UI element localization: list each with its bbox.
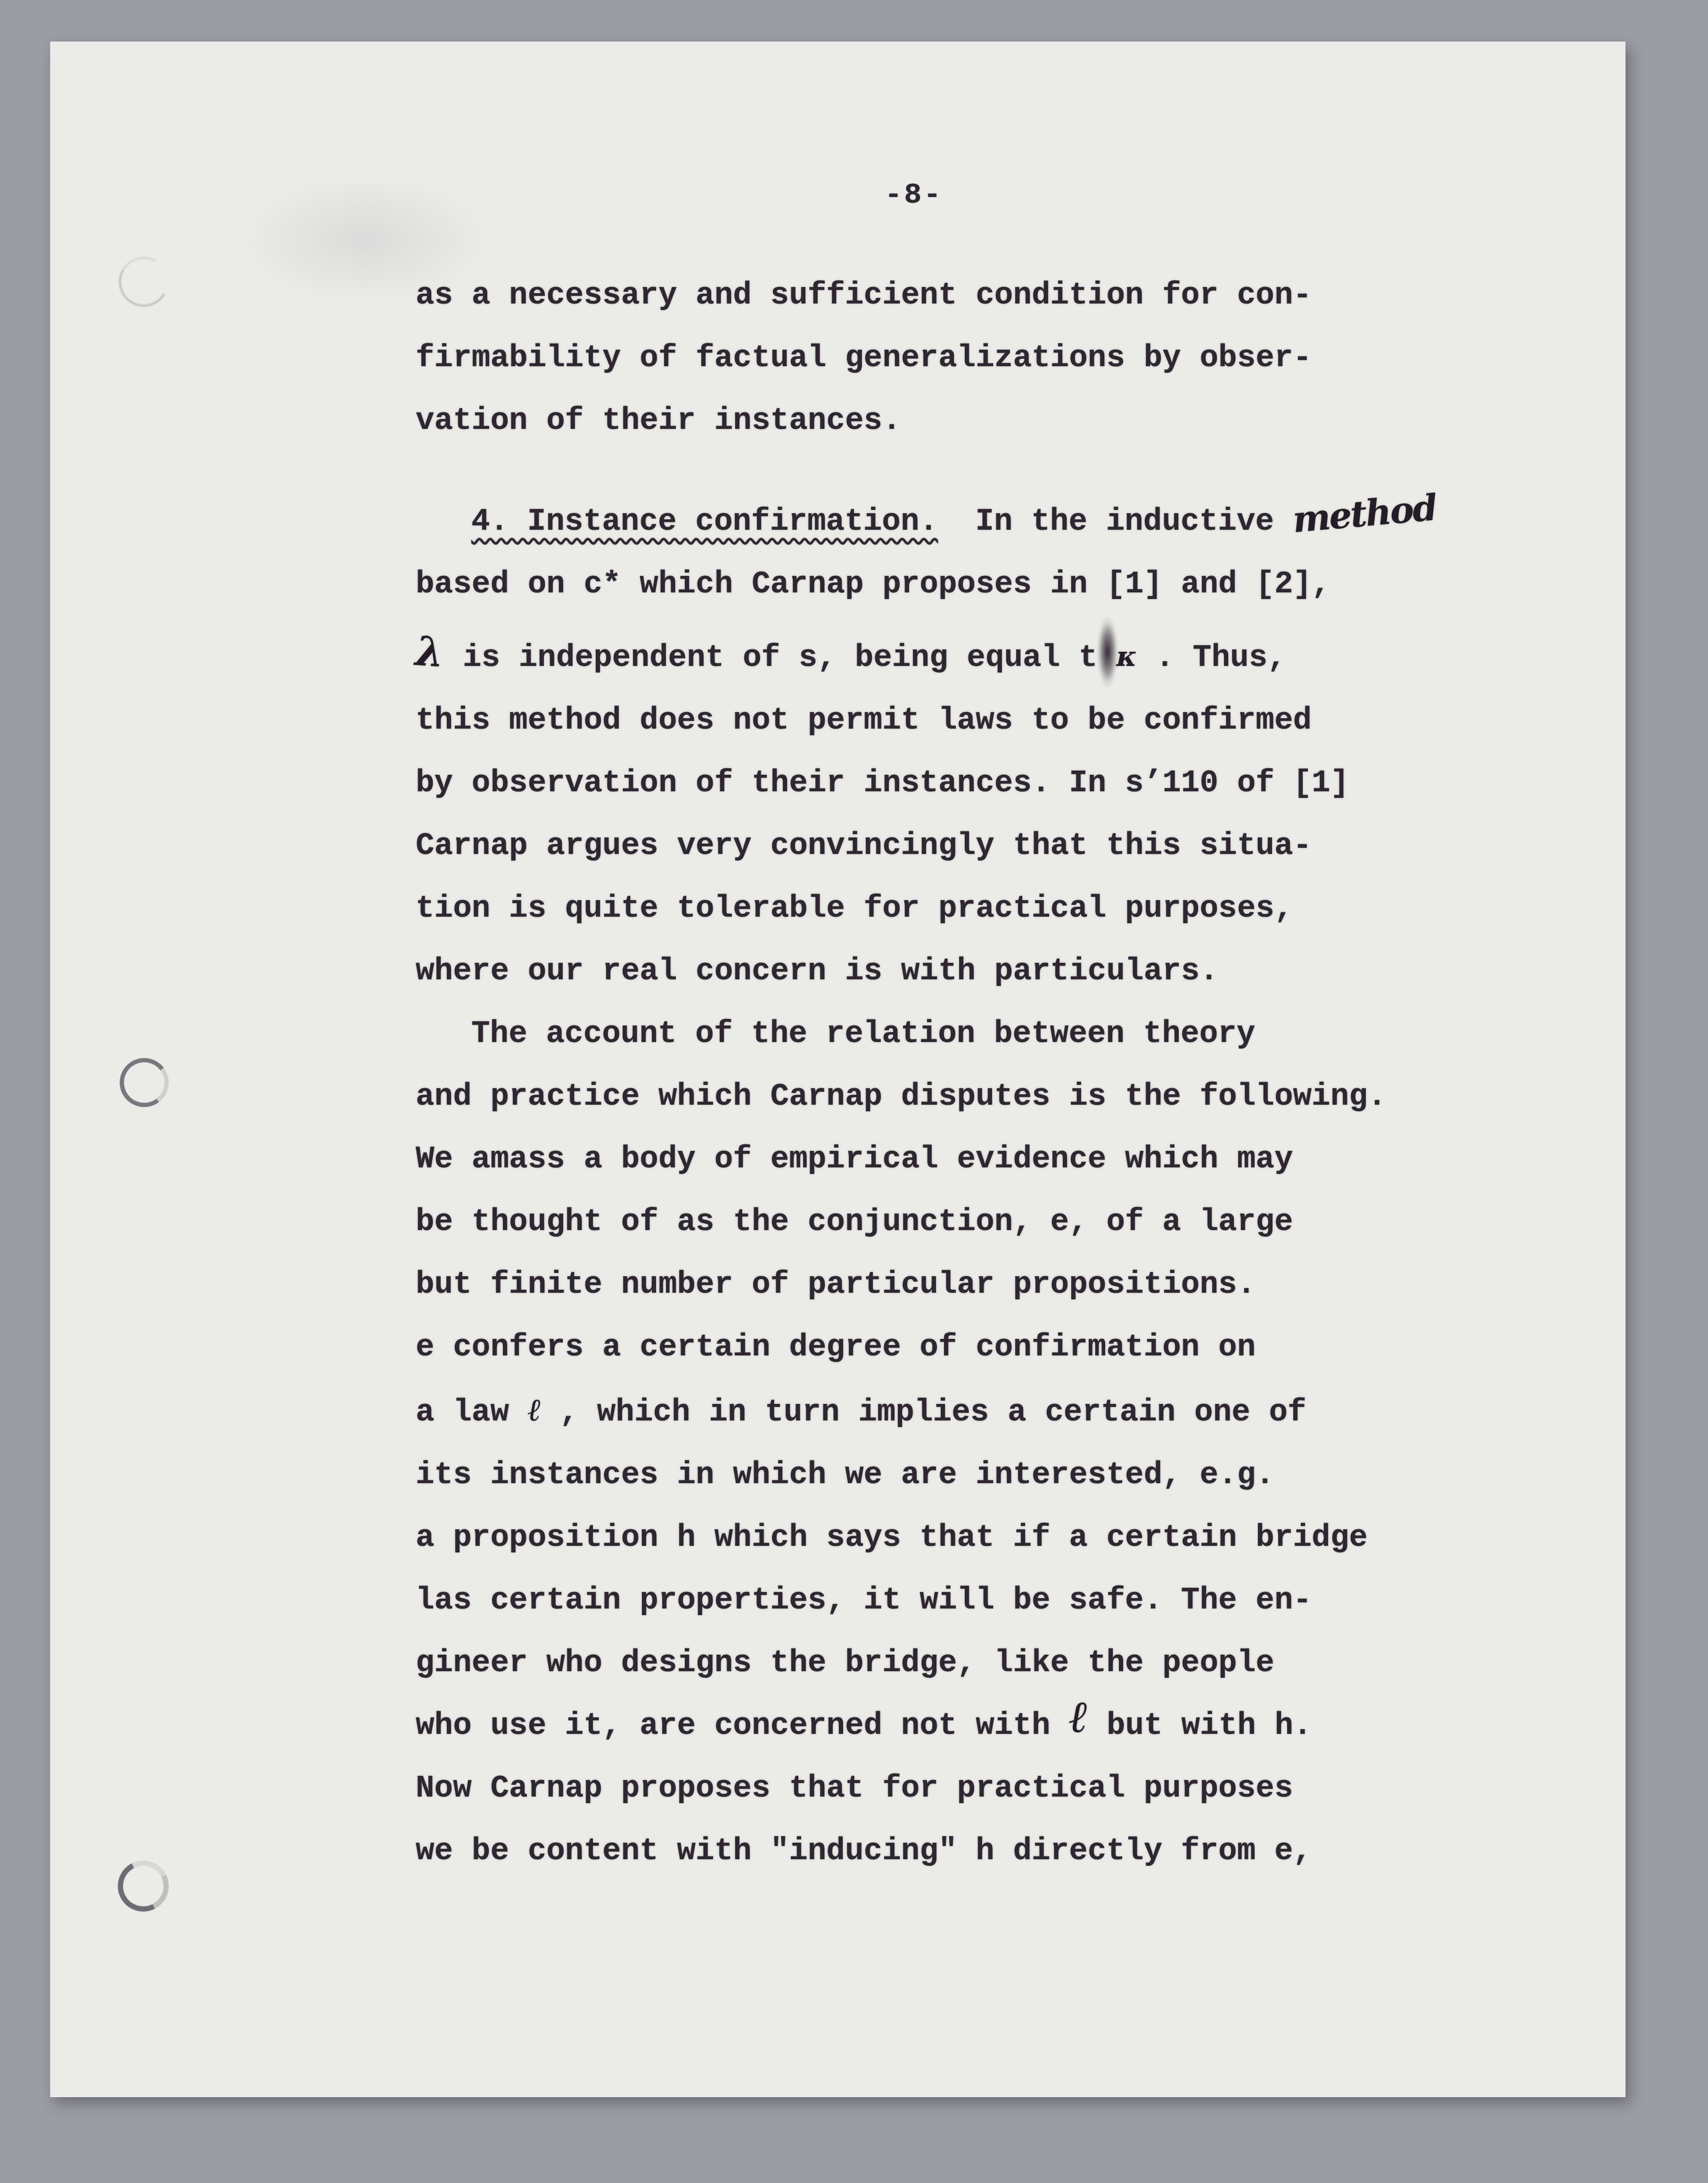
- handwritten-text: method: [1290, 476, 1438, 551]
- scan-background: -8- as a necessary and sufficient condit…: [0, 0, 1708, 2183]
- text-line: and practice which Carnap disputes is th…: [416, 1065, 1500, 1128]
- text-line: The account of the relation between theo…: [416, 1002, 1500, 1065]
- text-line: λ is independent of s, being equal tκ . …: [416, 616, 1500, 689]
- text-line: vation of their instances.: [416, 389, 1500, 452]
- handwritten-text: κ: [1117, 640, 1137, 673]
- typed-text: firmability of factual generalizations b…: [416, 340, 1312, 376]
- text-line: gineer who designs the bridge, like the …: [416, 1632, 1500, 1694]
- typed-text: be thought of as the conjunction, e, of …: [416, 1204, 1293, 1239]
- page-number: -8-: [885, 178, 943, 212]
- typed-text: but with h.: [1088, 1708, 1312, 1743]
- typed-text: as a necessary and sufficient condition …: [416, 278, 1312, 313]
- text-line: be thought of as the conjunction, e, of …: [416, 1190, 1500, 1253]
- typed-text: this method does not permit laws to be c…: [416, 703, 1312, 738]
- handwritten-text: λ: [416, 651, 444, 653]
- typed-text: In the inductive: [938, 504, 1293, 539]
- text-line: Now Carnap proposes that for practical p…: [416, 1757, 1500, 1820]
- typed-text: is independent of s, being equal t: [444, 640, 1097, 675]
- punch-hole-top: [113, 251, 174, 312]
- text-line: e confers a certain degree of confirmati…: [416, 1316, 1500, 1379]
- underlined-heading: 4. Instance confirmation.: [471, 504, 938, 539]
- typed-text: by observation of their instances. In s’…: [416, 765, 1349, 801]
- typed-text: las certain properties, it will be safe.…: [416, 1583, 1312, 1618]
- text-line: its instances in which we are interested…: [416, 1444, 1500, 1506]
- handwritten-text: ℓ: [528, 1391, 541, 1428]
- typed-text: We amass a body of empirical evidence wh…: [416, 1141, 1293, 1177]
- typed-text: Carnap argues very convincingly that thi…: [416, 828, 1312, 863]
- text-line: Carnap argues very convincingly that thi…: [416, 814, 1500, 877]
- typed-text: but finite number of particular proposit…: [416, 1267, 1256, 1302]
- typed-text: e confers a certain degree of confirmati…: [416, 1329, 1256, 1365]
- typed-text: based on c* which Carnap proposes in [1]…: [416, 566, 1330, 602]
- text-line: las certain properties, it will be safe.…: [416, 1569, 1500, 1632]
- typed-text: we be content with "inducing" h directly…: [416, 1833, 1312, 1869]
- punch-hole-middle: [116, 1055, 172, 1110]
- text-line: 4. Instance confirmation. In the inducti…: [416, 486, 1500, 553]
- text-line: where our real concern is with particula…: [416, 940, 1500, 1002]
- text-line: based on c* which Carnap proposes in [1]…: [416, 553, 1500, 616]
- typed-text: vation of their instances.: [416, 403, 901, 438]
- typed-text: where our real concern is with particula…: [416, 953, 1218, 989]
- typed-text: Now Carnap proposes that for practical p…: [416, 1771, 1293, 1806]
- text-line: firmability of factual generalizations b…: [416, 327, 1500, 389]
- typed-text: tion is quite tolerable for practical pu…: [416, 891, 1293, 926]
- typed-text: . Thus,: [1137, 640, 1286, 675]
- typed-text: The account of the relation between theo…: [471, 1016, 1255, 1051]
- text-line: this method does not permit laws to be c…: [416, 689, 1500, 752]
- text-line: a proposition h which says that if a cer…: [416, 1506, 1500, 1569]
- text-line: by observation of their instances. In s’…: [416, 752, 1500, 814]
- punch-hole-bottom: [111, 1854, 175, 1918]
- typed-text: gineer who designs the bridge, like the …: [416, 1645, 1274, 1681]
- ink-blot: [1097, 616, 1118, 689]
- text-line: tion is quite tolerable for practical pu…: [416, 877, 1500, 940]
- typed-text: a law: [416, 1395, 528, 1430]
- typed-text: and practice which Carnap disputes is th…: [416, 1079, 1387, 1114]
- text-line: but finite number of particular proposit…: [416, 1253, 1500, 1316]
- typed-text: its instances in which we are interested…: [416, 1457, 1274, 1493]
- text-line: who use it, are concerned not with ℓ but…: [416, 1694, 1500, 1757]
- document-page: -8- as a necessary and sufficient condit…: [49, 41, 1626, 2097]
- typed-text: , which in turn implies a certain one of: [541, 1395, 1306, 1430]
- typed-text: a proposition h which says that if a cer…: [416, 1520, 1368, 1555]
- text-lines: as a necessary and sufficient condition …: [416, 264, 1500, 1882]
- text-line: as a necessary and sufficient condition …: [416, 264, 1500, 327]
- text-line: We amass a body of empirical evidence wh…: [416, 1128, 1500, 1190]
- text-line: a law ℓ , which in turn implies a certai…: [416, 1379, 1500, 1444]
- typed-text: who use it, are concerned not with: [416, 1708, 1069, 1743]
- text-line: we be content with "inducing" h directly…: [416, 1820, 1500, 1882]
